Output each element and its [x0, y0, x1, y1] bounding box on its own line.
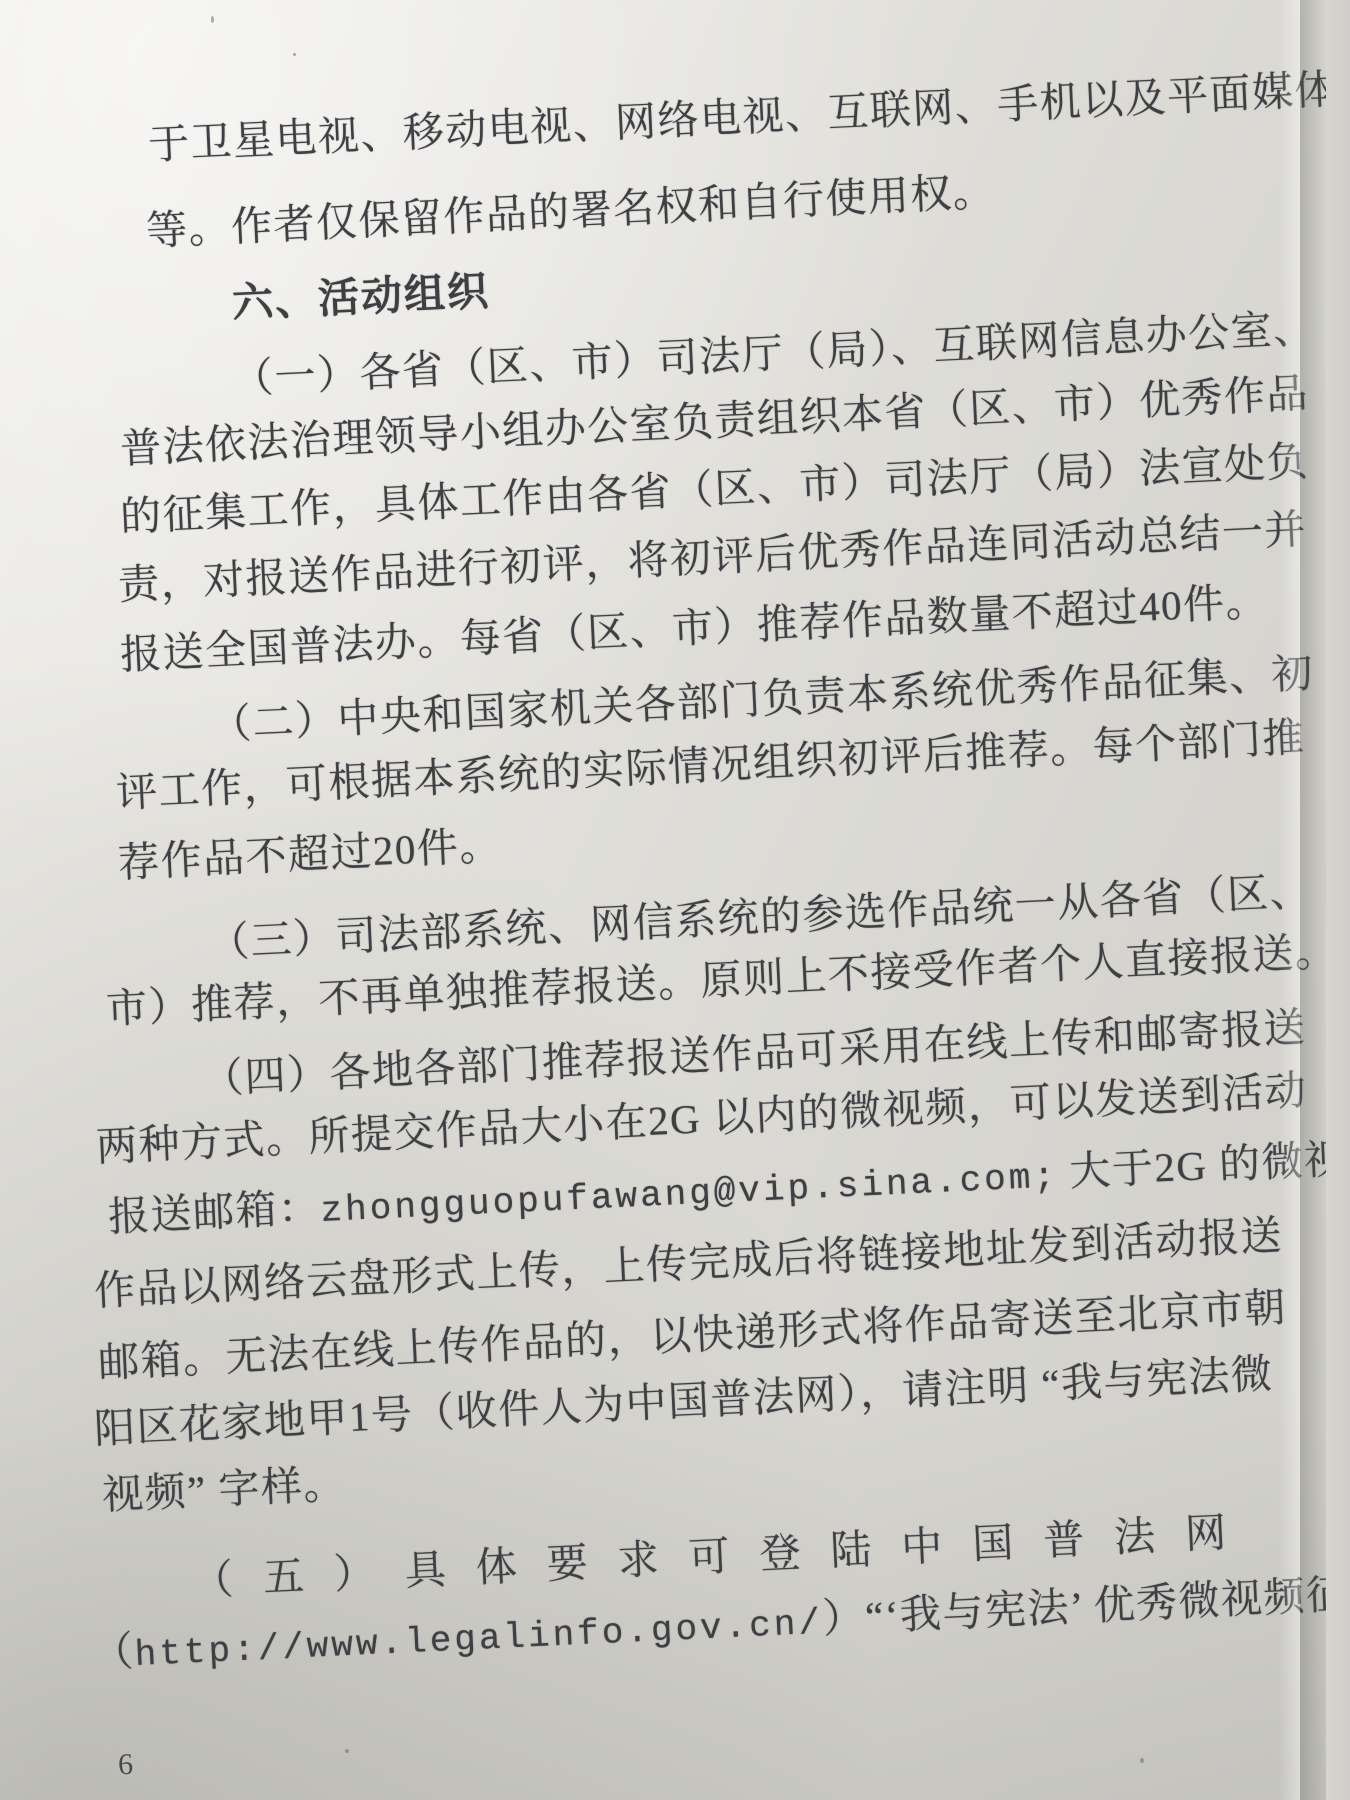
page-edge-highlight: [1278, 0, 1300, 1800]
paper-speck: [211, 16, 214, 23]
page-edge-shadow: [1300, 0, 1326, 1800]
doc-line: 于卫星电视、移动电视、网络电视、互联网、手机以及平面媒体: [147, 56, 1338, 171]
doc-line: 等。作者仅保留作品的署名权和自行使用权。: [145, 158, 997, 257]
underlying-page-edge: [1326, 0, 1350, 1800]
document-page: 于卫星电视、移动电视、网络电视、互联网、手机以及平面媒体 等。作者仅保留作品的署…: [0, 0, 1350, 1800]
email-label: 报送邮箱：: [107, 1184, 321, 1240]
paper-speck: [1140, 1758, 1144, 1763]
doc-line: 视频” 字样。: [101, 1451, 347, 1521]
paper-speck: [293, 53, 296, 56]
url-suffix-text: ）“‘我与宪法’ 优秀微视频征: [822, 1571, 1350, 1642]
website-url: http://www.legalinfo.gov.cn/: [134, 1603, 824, 1676]
paper-speck: [345, 1749, 349, 1753]
page-number: 6: [117, 1748, 133, 1783]
paren-open: （: [91, 1628, 136, 1676]
doc-line: 荐作品不超过20件。: [117, 812, 503, 889]
section-heading: 六、活动组织: [231, 258, 491, 329]
